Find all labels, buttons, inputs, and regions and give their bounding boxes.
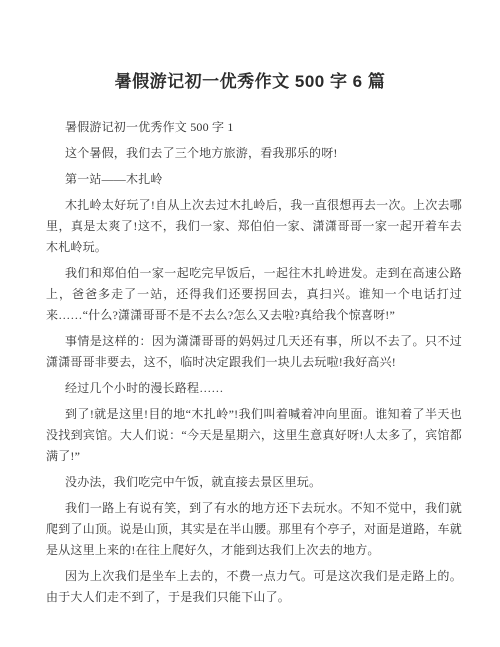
paragraph: 我们和郑伯伯一家一起吃完早饭后，一起往木扎岭进发。走到在高速公路上，爸爸多走了一…	[46, 263, 462, 326]
document-body: 暑假游记初一优秀作文 500 字 1 这个暑假，我们去了三个地方旅游，看我那乐的…	[0, 117, 500, 608]
paragraph: 事情是这样的：因为潇潇哥哥的妈妈过几天还有事，所以不去了。只不过潇潇哥哥非要去，…	[46, 331, 462, 373]
paragraph-subtitle: 暑假游记初一优秀作文 500 字 1	[46, 117, 462, 138]
paragraph: 这个暑假，我们去了三个地方旅游，看我那乐的呀!	[46, 143, 462, 164]
paragraph: 经过几个小时的漫长路程……	[46, 378, 462, 399]
paragraph: 木扎岭太好玩了!自从上次去过木扎岭后，我一直很想再去一次。上次去哪里，真是太爽了…	[46, 195, 462, 258]
paragraph: 因为上次我们是坐车上去的，不费一点力气。可是这次我们是走路上的。由于大人们走不到…	[46, 566, 462, 608]
paragraph: 我们一路上有说有笑，到了有水的地方还下去玩水。不知不觉中，我们就爬到了山顶。说是…	[46, 498, 462, 561]
paragraph-section-heading: 第一站——木扎岭	[46, 169, 462, 190]
paragraph: 没办法，我们吃完中午饭，就直接去景区里玩。	[46, 472, 462, 493]
paragraph: 到了!就是这里!目的地“木扎岭”!我们叫着喊着冲向里面。谁知着了半天也没找到宾馆…	[46, 404, 462, 467]
document-title: 暑假游记初一优秀作文 500 字 6 篇	[0, 0, 500, 94]
document-page: 暑假游记初一优秀作文 500 字 6 篇 暑假游记初一优秀作文 500 字 1 …	[0, 0, 500, 647]
